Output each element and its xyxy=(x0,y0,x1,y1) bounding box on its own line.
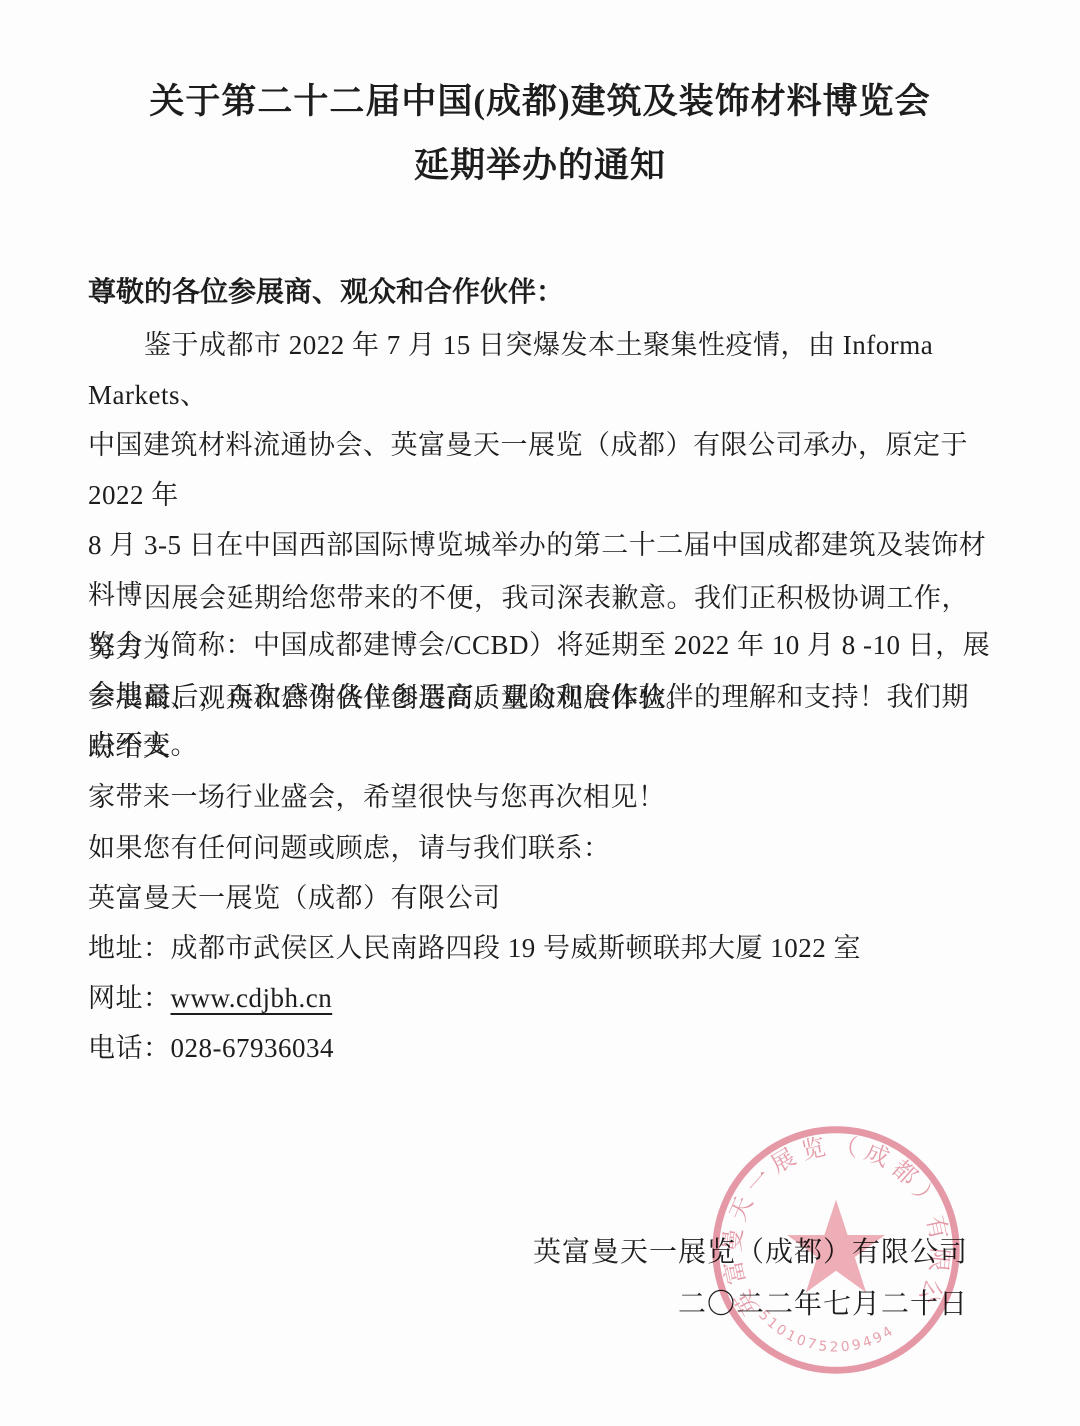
contact-website-line: 网址：www.cdjbh.cn xyxy=(88,973,994,1023)
website-label: 网址： xyxy=(88,983,171,1013)
phone-number: 028-67936034 xyxy=(171,1033,335,1063)
paragraph-line: 因展会延期给您带来的不便，我司深表歉意。我们正积极协调工作，努力为 xyxy=(88,573,994,673)
paragraph-3: 最后，再次感谢各位参展商、观众和合作伙伴的理解和支持！我们期盼给大家带来一场行业… xyxy=(88,672,994,822)
contact-company: 英富曼天一展览（成都）有限公司 xyxy=(88,873,994,923)
phone-label: 电话： xyxy=(88,1033,171,1063)
stamp-star-icon xyxy=(787,1200,885,1293)
stamp-serial-number: 5101075209494 xyxy=(755,1307,898,1355)
title-line-1: 关于第二十二届中国(成都)建筑及装饰材料博览会 xyxy=(0,70,1080,134)
salutation: 尊敬的各位参展商、观众和合作伙伴： xyxy=(88,268,992,318)
document-page: 关于第二十二届中国(成都)建筑及装饰材料博览会 延期举办的通知 尊敬的各位参展商… xyxy=(0,0,1080,1426)
contact-block: 如果您有任何问题或顾虑，请与我们联系： 英富曼天一展览（成都）有限公司 地址：成… xyxy=(88,823,994,1073)
contact-phone-line: 电话：028-67936034 xyxy=(88,1023,994,1073)
red-company-stamp: 英富曼天一展览（成都）有限公司 5101075209494 xyxy=(698,1110,974,1390)
contact-intro: 如果您有任何问题或顾虑，请与我们联系： xyxy=(88,823,994,873)
website-link[interactable]: www.cdjbh.cn xyxy=(171,983,333,1013)
title-line-2: 延期举办的通知 xyxy=(0,134,1080,198)
paragraph-line: 鉴于成都市 2022 年 7 月 15 日突爆发本土聚集性疫情，由 Inform… xyxy=(88,320,994,420)
paragraph-line: 最后，再次感谢各位参展商、观众和合作伙伴的理解和支持！我们期盼给大 xyxy=(88,672,994,772)
stamp-arc-text: 英富曼天一展览（成都）有限公司 xyxy=(698,1110,952,1320)
paragraph-line: 中国建筑材料流通协会、英富曼天一展览（成都）有限公司承办，原定于 2022 年 xyxy=(88,420,994,520)
paragraph-line: 家带来一场行业盛会，希望很快与您再次相见！ xyxy=(88,772,994,822)
document-title: 关于第二十二届中国(成都)建筑及装饰材料博览会 延期举办的通知 xyxy=(0,70,1080,198)
contact-address: 地址：成都市武侯区人民南路四段 19 号威斯顿联邦大厦 1022 室 xyxy=(88,923,994,973)
